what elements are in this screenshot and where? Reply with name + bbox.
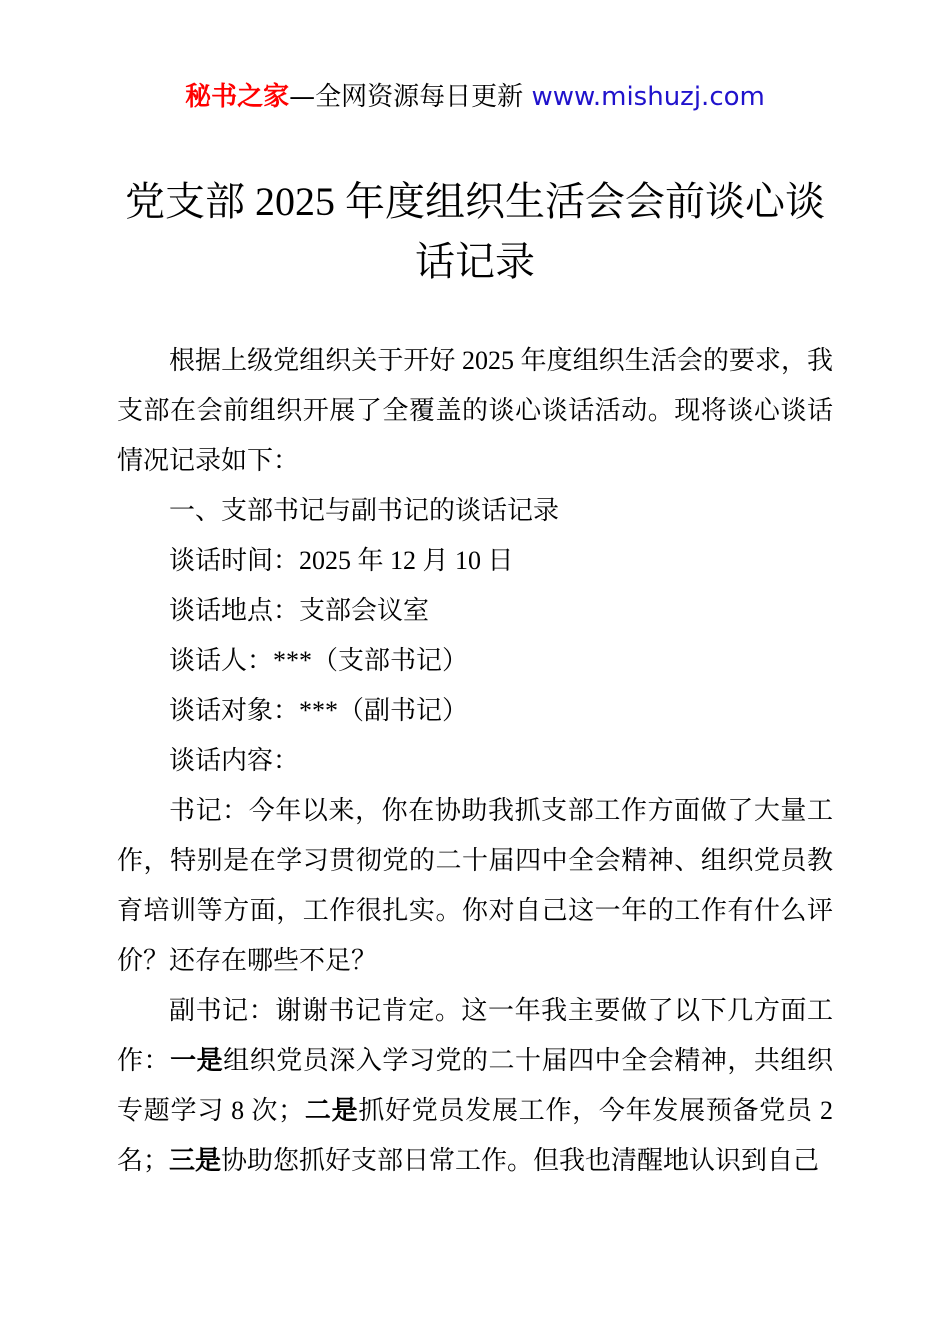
opening-paragraph: 根据上级党组织关于开好 2025 年度组织生活会的要求，我支部在会前组织开展了全… (117, 336, 833, 486)
section-heading: 一、支部书记与副书记的谈话记录 (117, 486, 833, 536)
deputy-secretary-remarks: 副书记：谢谢书记肯定。这一年我主要做了以下几方面工作：一是组织党员深入学习党的二… (117, 986, 833, 1186)
talk-host-line: 谈话人：***（支部书记） (117, 636, 833, 686)
bold-marker-text: 一是 (170, 1046, 223, 1075)
site-name-separator: — (289, 82, 315, 112)
document-body: 根据上级党组织关于开好 2025 年度组织生活会的要求，我支部在会前组织开展了全… (117, 336, 833, 1186)
paragraph-text: 一、支部书记与副书记的谈话记录 (169, 496, 559, 525)
secretary-remarks: 书记：今年以来，你在协助我抓支部工作方面做了大量工作，特别是在学习贯彻党的二十届… (117, 786, 833, 986)
paragraph-text: 谈话对象：***（副书记） (169, 696, 468, 725)
paragraph-text: 书记：今年以来，你在协助我抓支部工作方面做了大量工作，特别是在学习贯彻党的二十届… (117, 796, 833, 975)
bold-marker-text: 三是 (169, 1146, 221, 1175)
paragraph-text: 根据上级党组织关于开好 2025 年度组织生活会的要求，我支部在会前组织开展了全… (117, 346, 833, 475)
site-url-link[interactable]: www.mishuzj.com (531, 82, 764, 112)
site-header: 秘书之家—全网资源每日更新 www.mishuzj.com (117, 80, 833, 114)
paragraph-text: 谈话内容： (169, 746, 299, 775)
document-page: 秘书之家—全网资源每日更新 www.mishuzj.com 党支部 2025 年… (117, 0, 833, 1186)
bold-marker-text: 二是 (304, 1096, 358, 1125)
talk-content-label: 谈话内容： (117, 736, 833, 786)
paragraph-text: 谈话人：***（支部书记） (169, 646, 468, 675)
site-name: 秘书之家 (185, 82, 289, 112)
talk-target-line: 谈话对象：***（副书记） (117, 686, 833, 736)
talk-time-line: 谈话时间：2025 年 12 月 10 日 (117, 536, 833, 586)
talk-location-line: 谈话地点：支部会议室 (117, 586, 833, 636)
paragraph-text: 协助您抓好支部日常工作。但我也清醒地认识到自己 (221, 1146, 819, 1175)
paragraph-text: 谈话时间：2025 年 12 月 10 日 (169, 546, 514, 575)
paragraph-text: 谈话地点：支部会议室 (169, 596, 429, 625)
site-tagline: 全网资源每日更新 (315, 82, 523, 112)
document-title: 党支部 2025 年度组织生活会会前谈心谈话记录 (117, 172, 833, 292)
